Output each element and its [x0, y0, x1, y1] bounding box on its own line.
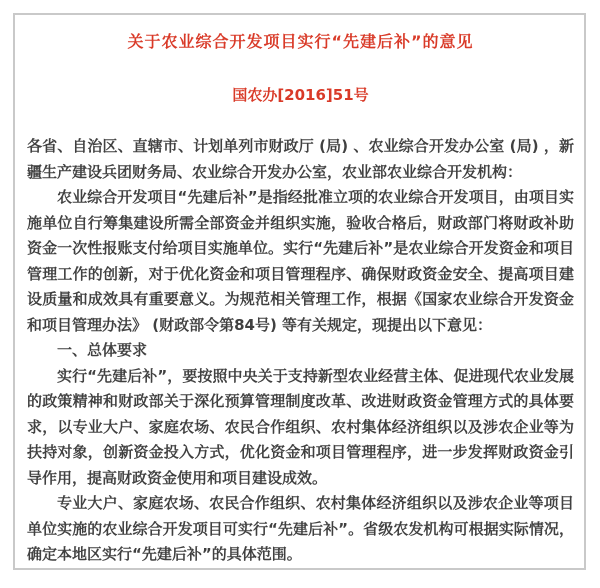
document-number: 国农办[2016]51号: [27, 85, 574, 105]
document-body: 各省、自治区、直辖市、计划单列市财政厅 (局) 、农业综合开发办公室 (局) ，…: [27, 134, 574, 568]
intro-paragraph: 农业综合开发项目“先建后补”是指经批准立项的农业综合开发项目，由项目实施单位自行…: [27, 185, 574, 338]
document-page: 关于农业综合开发项目实行“先建后补”的意见 国农办[2016]51号 各省、自治…: [0, 0, 600, 588]
salutation-paragraph: 各省、自治区、直辖市、计划单列市财政厅 (局) 、农业综合开发办公室 (局) ，…: [27, 134, 574, 185]
general-requirements-paragraph: 实行“先建后补”，要按照中央关于支持新型农业经营主体、促进现代农业发展的政策精神…: [27, 364, 574, 492]
document-title: 关于农业综合开发项目实行“先建后补”的意见: [27, 31, 574, 52]
document-frame: 关于农业综合开发项目实行“先建后补”的意见 国农办[2016]51号 各省、自治…: [13, 13, 586, 570]
scope-paragraph: 专业大户、家庭农场、农民合作组织、农村集体经济组织以及涉农企业等项目单位实施的农…: [27, 491, 574, 568]
section-heading: 一、总体要求: [27, 338, 574, 364]
